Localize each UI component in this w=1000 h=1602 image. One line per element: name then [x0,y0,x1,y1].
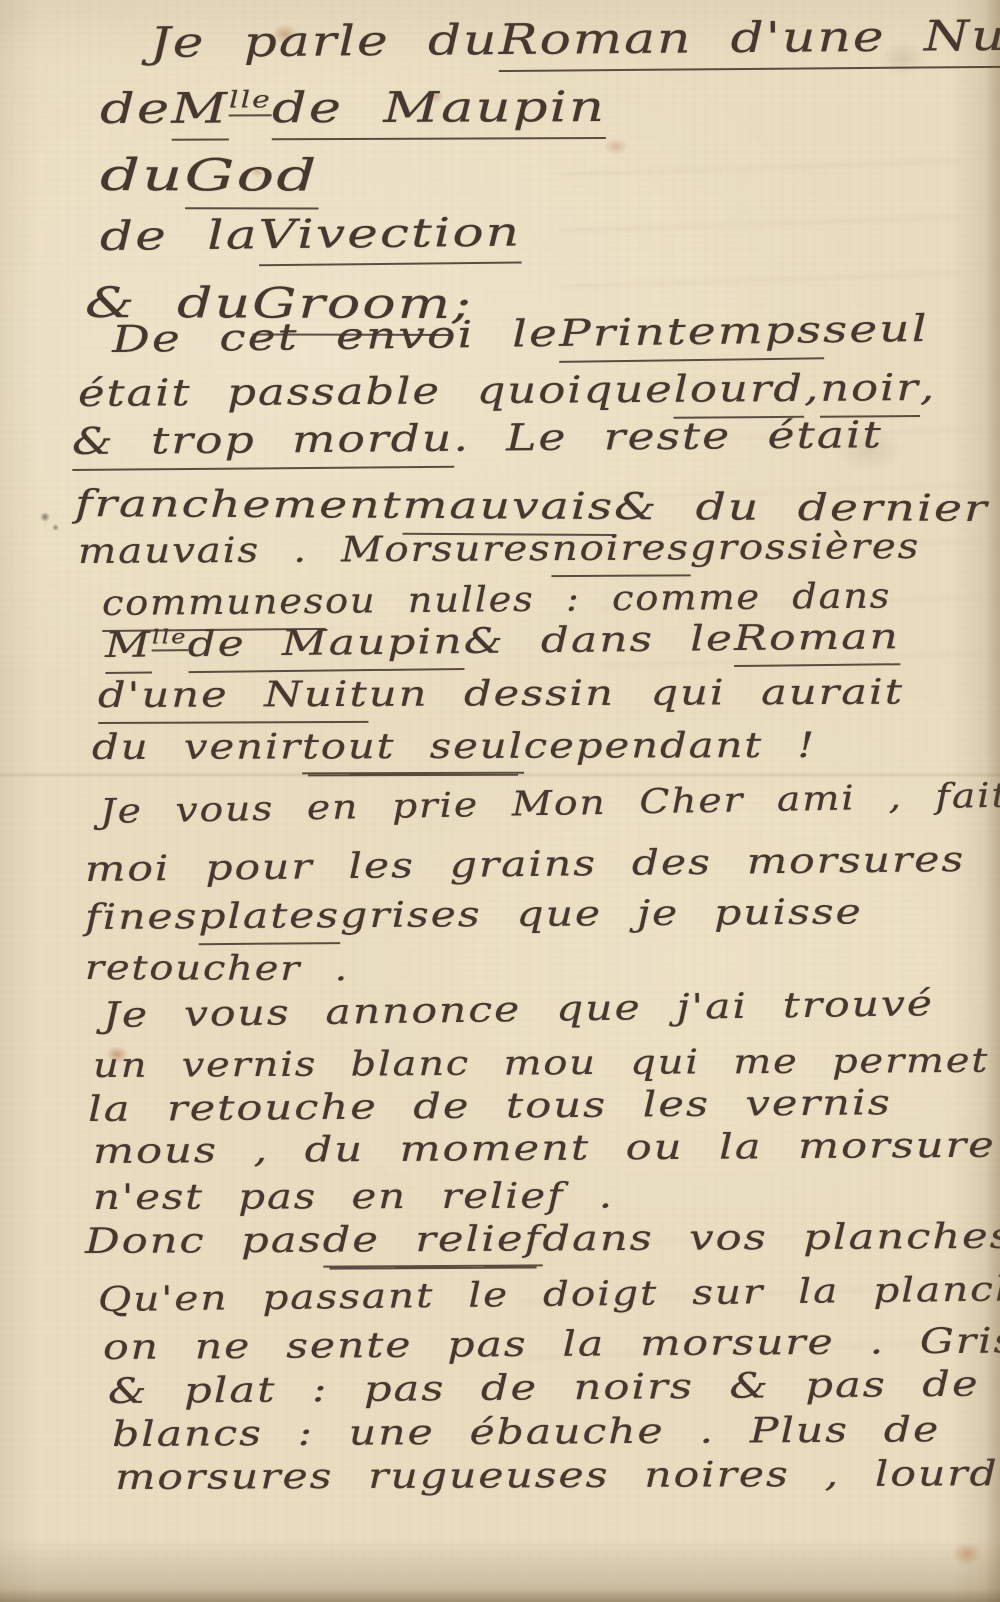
text-segment: , [919,366,936,409]
text-segment: un dessin qui aurait [369,673,904,715]
text-segment: franchement [75,482,403,527]
underlined-text: M [105,625,153,674]
manuscript-line: mauvais . Morsures noires grossières [78,527,921,580]
underlined-text: de relief [322,1219,542,1267]
manuscript-line: moi pour les grains des morsures [85,840,966,890]
text-segment: . Le reste était [453,413,883,460]
underlined-text: lourd [673,367,804,419]
manuscript-line: retoucher . [85,948,349,989]
manuscript-line: d'une Nuit un dessin qui aurait [98,673,904,724]
text-segment: du [100,150,185,201]
text-segment: Donc pas [85,1221,323,1262]
text-segment: n'est pas en relief . [93,1176,614,1218]
text-segment: Je vous annonce que j'ai trouvé [103,984,935,1036]
text-segment: la retouche de tous les vernis [88,1083,892,1130]
manuscript-line: n'est pas en relief . [93,1176,614,1218]
text-segment: Qu'en passant le doigt sur la planche [98,1269,1000,1320]
manuscript-line: Mlle de Maupin & dans le Roman [105,617,901,674]
underlined-text: de Maupin [187,622,464,673]
manuscript-line: & plat : pas de noirs & pas de [108,1365,980,1412]
manuscript-line: un vernis blanc mou qui me permet [93,1041,989,1086]
underlined-text: Roman [734,617,901,667]
text-segment: de la [100,212,260,260]
text-segment: était passable quoique [78,368,674,415]
underlined-text: noires [551,528,690,577]
manuscript-line: du God [100,150,319,210]
manuscript-line: fines plates grises que je puisse [85,892,863,946]
manuscript-line: Je parle du Roman d'une Nuit [150,10,1000,75]
underlined-text: God [184,150,318,209]
manuscript-line: blancs : une ébauche . Plus de [112,1410,940,1455]
text-segment: mauvais . Morsures [78,529,552,572]
text-segment: , [804,367,821,410]
manuscript-line: de Mlle de Maupin [100,82,606,141]
letter-page: Je parle du Roman d'une Nuitde Mlle de M… [0,0,1000,1602]
underlined-text: noir [820,366,920,418]
underlined-text: lle [152,625,188,651]
manuscript-line: Qu'en passant le doigt sur la planche [98,1269,1000,1320]
text-segment: grises que je puisse [340,892,863,936]
manuscript-line: la retouche de tous les vernis [88,1083,892,1130]
text-segment: De cet envoi le [111,312,559,361]
manuscript-line: Je vous en prie Mon Cher ami , faites [100,775,1000,832]
underlined-text: & trop mordu [72,417,454,471]
manuscript-line: De cet envoi le Printemps seul [111,307,929,369]
manuscript-line: mous , du moment ou la morsure [93,1126,996,1172]
underlined-text: d'une Nuit [98,675,369,724]
text-segment: dans vos planches [542,1217,1000,1260]
text-segment: & du dernier [614,485,989,530]
text-segment: de [100,84,172,133]
text-segment: morsures rugueuses noires , lourdes ! [115,1454,1000,1498]
manuscript-line: Donc pas de relief dans vos planches [85,1217,1000,1269]
text-segment: du venir [92,727,302,768]
text-segment: & dans le [463,619,734,662]
underlined-text: de Maupin [272,82,607,140]
text-segment: mous , du moment ou la morsure [93,1126,996,1172]
text-segment: un vernis blanc mou qui me permet [93,1041,989,1086]
manuscript-line: du venir tout seul cependant ! [92,726,816,775]
text-segment: cependant ! [524,726,816,767]
letter-body: Je parle du Roman d'une Nuitde Mlle de M… [0,0,1000,1602]
text-segment: & plat : pas de noirs & pas de [108,1365,980,1412]
manuscript-line: & trop mordu . Le reste était [72,413,883,471]
text-segment: ou nulles : comme dans [325,576,891,621]
manuscript-line: Je vous annonce que j'ai trouvé [103,984,935,1036]
underlined-text: Printemps [558,308,823,363]
text-segment: Je vous en prie Mon Cher ami , faites [100,775,1000,832]
manuscript-line: morsures rugueuses noires , lourdes ! [115,1454,1000,1498]
underlined-text: Vivection [258,209,521,266]
underlined-text: tout seul [302,727,524,775]
text-segment: grossières [690,527,921,568]
underlined-text: M [171,83,229,140]
text-segment: Je parle du [150,15,499,67]
text-segment: retoucher . [85,948,349,989]
text-segment: fines [85,897,199,938]
underlined-text: lle [229,87,272,116]
text-segment: on ne sente pas la morsure . Gris [103,1321,1000,1368]
text-segment: seul [822,307,929,351]
manuscript-line: on ne sente pas la morsure . Gris [103,1321,1000,1368]
underlined-text: plates [198,896,340,945]
manuscript-line: de la Vivection [100,209,522,268]
text-segment: moi pour les grains des morsures [85,840,966,890]
underlined-text: Roman d'une Nuit [498,10,1000,72]
text-segment: blancs : une ébauche . Plus de [112,1410,940,1455]
